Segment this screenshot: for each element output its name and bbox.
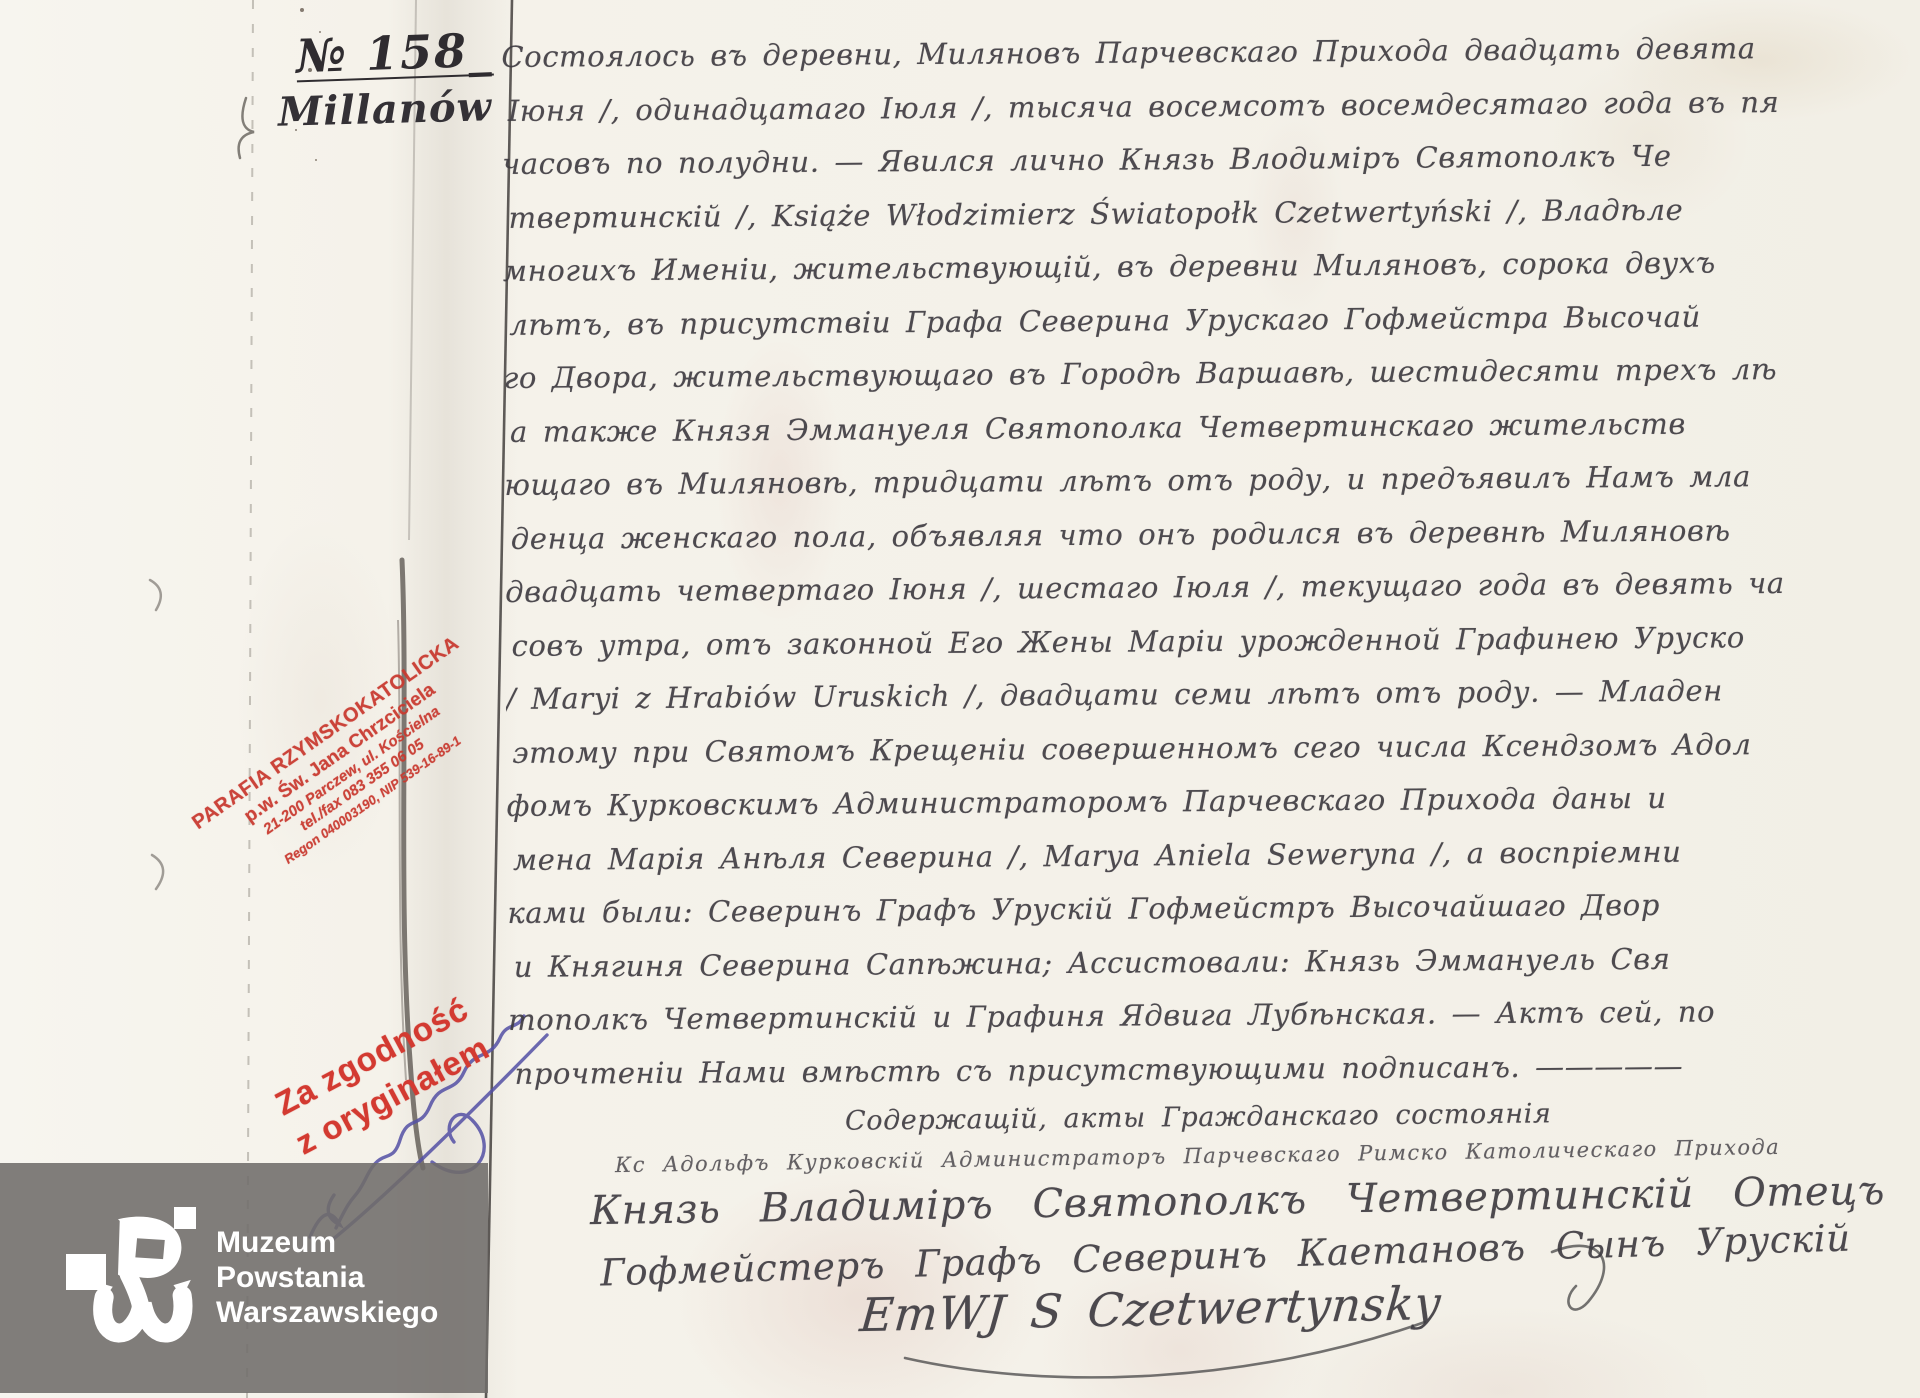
body-line: фомъ Курковскимъ Администраторомъ Парчев… [506, 770, 1920, 833]
body-line: двадцать четвертаго Іюня /, шестаго Іюля… [505, 556, 1920, 619]
body-line: часовъ по полудни. — Явился лично Князь … [502, 128, 1920, 191]
museum-name-line: Muzeum [216, 1225, 438, 1260]
museum-name: MuzeumPowstaniaWarszawskiego [216, 1225, 438, 1330]
museum-name-line: Powstania [216, 1260, 438, 1295]
body-line: твертинскій /, Książe Włodzimierz Świato… [502, 182, 1920, 245]
museum-name-line: Warszawskiego [216, 1295, 438, 1330]
body-line: и Княгиня Северина Сапѣжина; Ассистовали… [508, 931, 1920, 994]
body-line: прочтеніи Нами вмѣстѣ съ присутствующими… [508, 1038, 1920, 1101]
body-line: этому при Святомъ Крещеніи совершенномъ … [506, 717, 1920, 780]
body-line: Іюня /, одинадцатаго Іюля /, тысяча восе… [502, 75, 1920, 138]
torn-edge-specks [300, 8, 304, 12]
body-line: ющаго въ Миляновѣ, тридцати лѣтъ отъ род… [504, 449, 1920, 512]
body-line: го Двора, жительствующаго въ Городѣ Варш… [503, 342, 1920, 405]
body-line: а также Князя Эммануеля Святополка Четве… [504, 396, 1920, 459]
body-line: / Maryi z Hrabiów Uruskich /, двадцати с… [506, 663, 1920, 726]
scanned-document-page: № 158_ Millanów Состоялось въ деревни, М… [0, 0, 1920, 1398]
act-body-text: Состоялось въ деревни, Миляновъ Парчевск… [501, 21, 1920, 1111]
record-number: № 158_ [295, 23, 494, 84]
body-line: мена Марія Анѣля Северина /, Marya Aniel… [507, 824, 1920, 887]
body-line: тополкъ Четвертинскій и Графиня Ядвига Л… [508, 984, 1920, 1047]
kotwica-logo-icon [92, 1209, 196, 1349]
body-line: денца женскаго пола, объявляя что онъ ро… [505, 503, 1920, 566]
museum-watermark-band: MuzeumPowstaniaWarszawskiego [0, 1163, 488, 1393]
body-line: совъ утра, отъ законной Его Жены Маріи у… [505, 610, 1920, 673]
place-name-margin: Millanów [277, 83, 492, 136]
body-line: ками были: Северинъ Графъ Урускій Гофмей… [507, 877, 1920, 940]
body-line: лѣтъ, въ присутствіи Графа Северина Урус… [503, 289, 1920, 352]
body-line: многихъ Именіи, жительствующій, въ дерев… [503, 235, 1920, 298]
body-line: Состоялось въ деревни, Миляновъ Парчевск… [501, 21, 1919, 84]
